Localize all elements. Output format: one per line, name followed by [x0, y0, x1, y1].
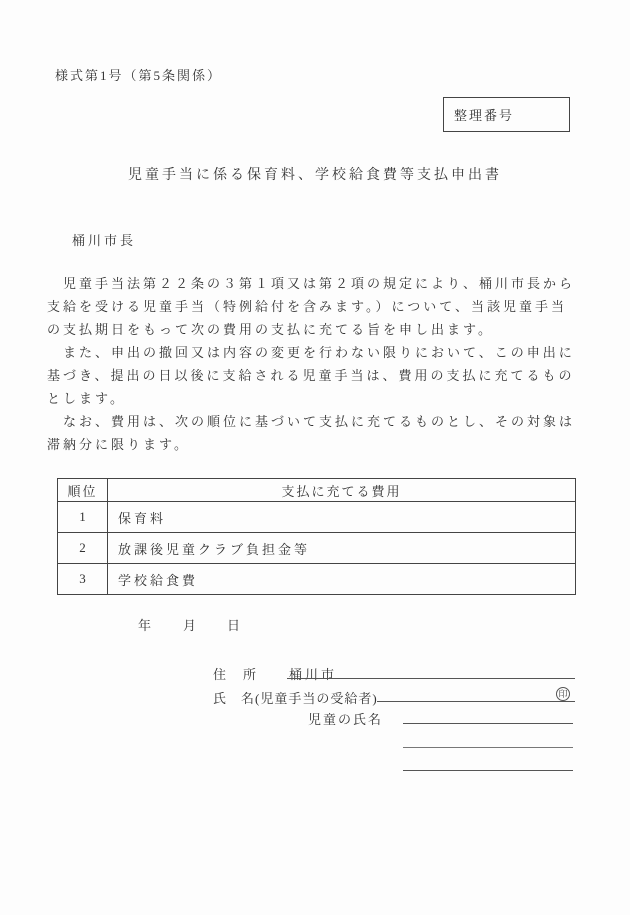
- fill-line-child-name-3: [403, 770, 573, 771]
- header-rank: 順位: [58, 479, 108, 502]
- paragraph-line: 支給を受ける児童手当（特例給付を含みます。）について、当該児童手当: [47, 295, 607, 318]
- application-form-page: 様式第1号（第5条関係） 整理番号 児童手当に係る保育料、学校給食費等支払申出書…: [0, 0, 630, 915]
- body-paragraphs: 児童手当法第２２条の３第１項又は第２項の規定により、桶川市長から 支給を受ける児…: [47, 272, 607, 456]
- paragraph-line: 基づき、提出の日以後に支給される児童手当は、費用の支払に充てるもの: [47, 364, 607, 387]
- paragraph-line: なお、費用は、次の順位に基づいて支払に充てるものとし、その対象は: [47, 410, 607, 433]
- address-label: 住 所: [213, 664, 258, 683]
- table-row: 2 放課後児童クラブ負担金等: [58, 533, 576, 564]
- expense-cell: 学校給食費: [108, 564, 576, 595]
- expense-cell: 放課後児童クラブ負担金等: [108, 533, 576, 564]
- table-row: 3 学校給食費: [58, 564, 576, 595]
- table-header-row: 順位 支払に充てる費用: [58, 479, 576, 502]
- date-month-label: 月: [183, 615, 196, 634]
- addressee-mayor: 桶川市長: [72, 230, 136, 249]
- form-number-note: 様式第1号（第5条関係）: [55, 65, 222, 84]
- expense-cell: 保育料: [108, 502, 576, 533]
- date-year-label: 年: [138, 615, 151, 634]
- fill-line-child-name-1: [403, 723, 573, 724]
- rank-cell: 3: [58, 564, 108, 595]
- paragraph-line: とします。: [47, 387, 607, 410]
- address-prefill-city: 桶川市: [289, 664, 337, 683]
- document-title: 児童手当に係る保育料、学校給食費等支払申出書: [0, 164, 630, 184]
- fill-line-recipient-name: [377, 701, 575, 702]
- recipient-name-label: 氏 名(児童手当の受給者): [213, 688, 378, 707]
- fill-line-address: [287, 678, 575, 679]
- paragraph-line: 滞納分に限ります。: [47, 433, 607, 456]
- table-row: 1 保育料: [58, 502, 576, 533]
- paragraph-line: また、申出の撤回又は内容の変更を行わない限りにおいて、この申出に: [47, 341, 607, 364]
- seal-mark-icon: 印: [556, 687, 570, 701]
- rank-cell: 2: [58, 533, 108, 564]
- paragraph-line: の支払期日をもって次の費用の支払に充てる旨を申し出ます。: [47, 318, 607, 341]
- paragraph-line: 児童手当法第２２条の３第１項又は第２項の規定により、桶川市長から: [47, 272, 607, 295]
- reference-number-label: 整理番号: [454, 105, 514, 124]
- rank-cell: 1: [58, 502, 108, 533]
- fill-line-child-name-2: [403, 747, 573, 748]
- children-name-label: 児童の氏名: [308, 709, 383, 728]
- reference-number-box: 整理番号: [443, 97, 570, 132]
- header-expense: 支払に充てる費用: [108, 479, 576, 502]
- date-day-label: 日: [227, 615, 240, 634]
- expense-priority-table: 順位 支払に充てる費用 1 保育料 2 放課後児童クラブ負担金等 3 学校給食費: [57, 478, 576, 595]
